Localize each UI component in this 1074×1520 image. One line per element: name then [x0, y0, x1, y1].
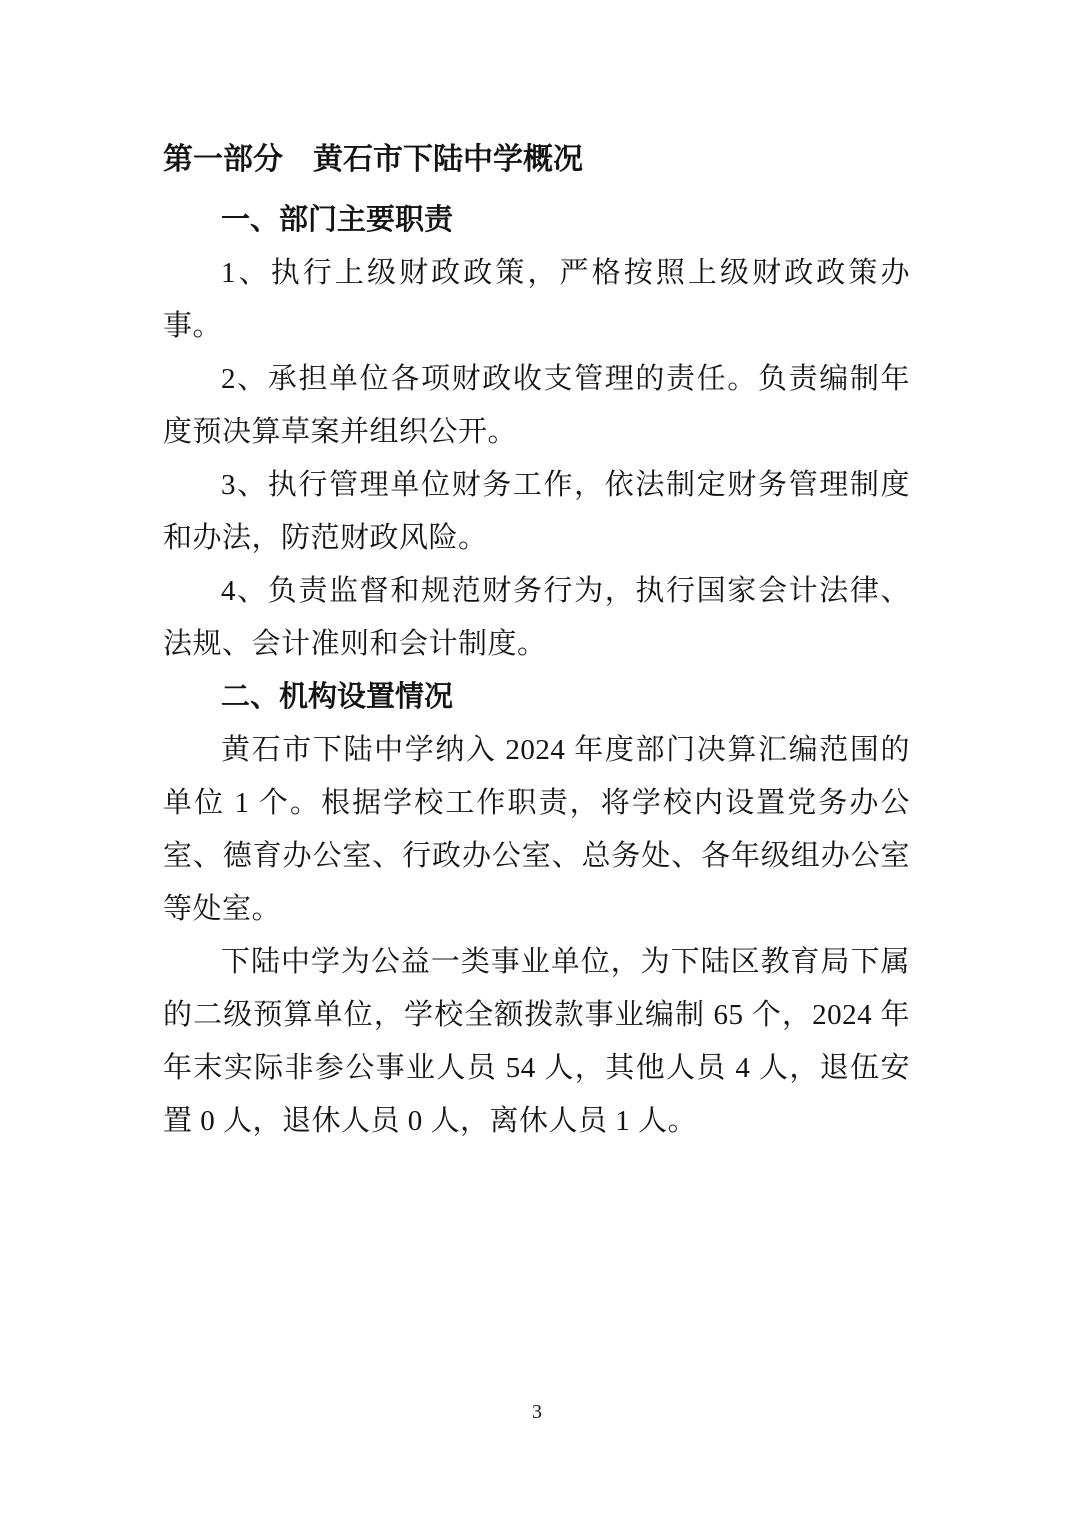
document-title: 第一部分 黄石市下陆中学概况 [163, 133, 910, 186]
section-2-paragraph-2: 下陆中学为公益一类事业单位，为下陆区教育局下属的二级预算单位，学校全额拨款事业编… [163, 936, 910, 1148]
section-1-paragraph-3: 3、执行管理单位财务工作，依法制定财务管理制度和办法，防范财政风险。 [163, 459, 910, 565]
section-1-heading: 一、部门主要职责 [163, 194, 910, 247]
section-2-heading: 二、机构设置情况 [163, 671, 910, 724]
document-page: 第一部分 黄石市下陆中学概况 一、部门主要职责 1、执行上级财政政策，严格按照上… [0, 0, 1074, 1520]
section-1-paragraph-1: 1、执行上级财政政策，严格按照上级财政政策办事。 [163, 247, 910, 353]
document-content: 第一部分 黄石市下陆中学概况 一、部门主要职责 1、执行上级财政政策，严格按照上… [163, 133, 910, 1148]
section-1-paragraph-4: 4、负责监督和规范财务行为，执行国家会计法律、法规、会计准则和会计制度。 [163, 565, 910, 671]
section-2-paragraph-1: 黄石市下陆中学纳入 2024 年度部门决算汇编范围的单位 1 个。根据学校工作职… [163, 724, 910, 936]
page-number: 3 [0, 1401, 1074, 1424]
section-1-paragraph-2: 2、承担单位各项财政收支管理的责任。负责编制年度预决算草案并组织公开。 [163, 353, 910, 459]
